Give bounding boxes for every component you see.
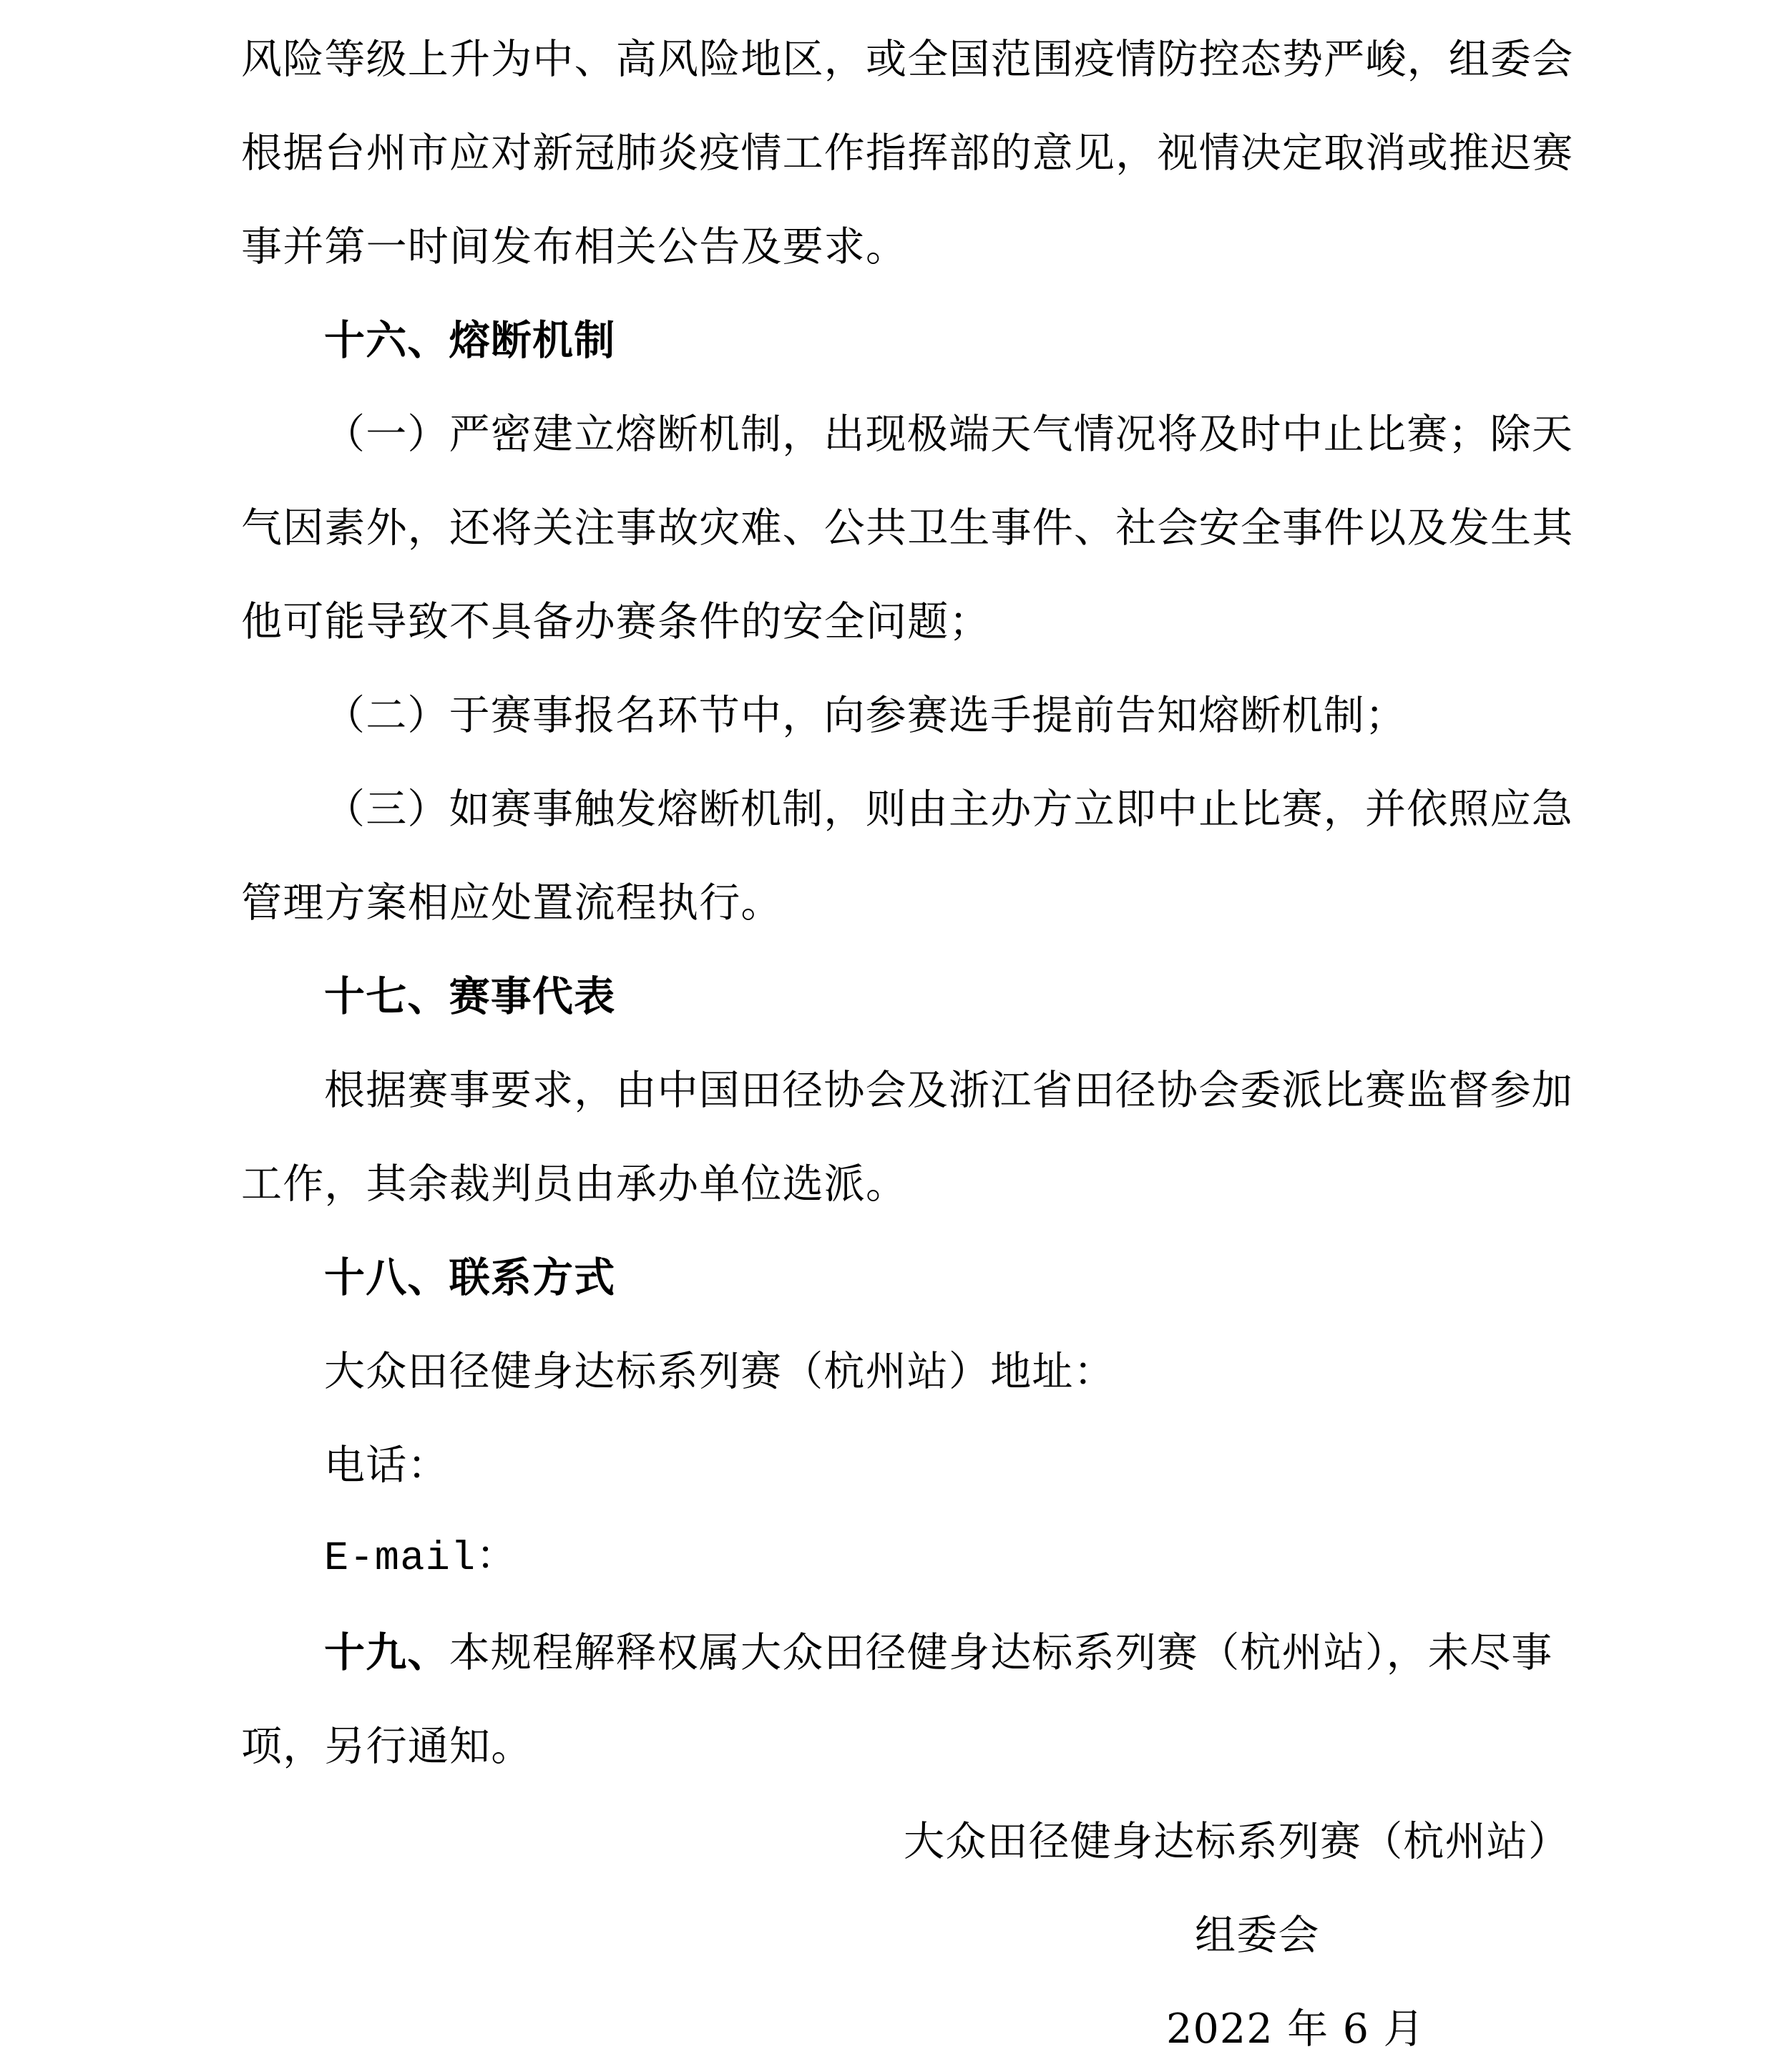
section-17-body-line-1: 根据赛事要求，由中国田径协会及浙江省田径协会委派比赛监督参加 <box>241 1044 1586 1138</box>
section-16-item-2: （二）于赛事报名环节中，向参赛选手提前告知熔断机制； <box>241 669 1586 763</box>
section-16-item-1-line-2: 气因素外，还将关注事故灾难、公共卫生事件、社会安全事件以及发生其 <box>241 482 1586 575</box>
intro-line-3: 事并第一时间发布相关公告及要求。 <box>241 200 1586 294</box>
section-19-heading-prefix: 十九、 <box>324 1629 449 1676</box>
section-16-item-1-line-3: 他可能导致不具备办赛条件的安全问题； <box>241 575 1586 669</box>
signature-committee: 组委会 <box>1195 1889 1320 1983</box>
section-19-line-1-text: 本规程解释权属大众田径健身达标系列赛（杭州站），未尽事 <box>449 1629 1553 1676</box>
section-16-item-3-line-1: （三）如赛事触发熔断机制，则由主办方立即中止比赛，并依照应急 <box>241 763 1586 856</box>
intro-line-2: 根据台州市应对新冠肺炎疫情工作指挥部的意见，视情决定取消或推迟赛 <box>241 107 1586 200</box>
section-18-heading: 十八、联系方式 <box>241 1231 1586 1325</box>
contact-email-label: E-mail： <box>241 1513 1586 1606</box>
signature-date: 2022 年 6 月 <box>1166 1983 1425 2072</box>
section-19-line-2: 项，另行通知。 <box>241 1700 1586 1794</box>
contact-address-label: 大众田径健身达标系列赛（杭州站）地址： <box>241 1325 1586 1419</box>
signature-organization: 大众田径健身达标系列赛（杭州站） <box>904 1795 1570 1889</box>
section-19-line-1: 十九、本规程解释权属大众田径健身达标系列赛（杭州站），未尽事 <box>241 1606 1586 1700</box>
intro-line-1: 风险等级上升为中、高风险地区，或全国范围疫情防控态势严峻，组委会 <box>241 13 1586 107</box>
section-17-heading: 十七、赛事代表 <box>241 950 1586 1044</box>
section-17-body-line-2: 工作，其余裁判员由承办单位选派。 <box>241 1138 1586 1231</box>
section-16-heading: 十六、熔断机制 <box>241 294 1586 388</box>
section-16-item-1-line-1: （一）严密建立熔断机制，出现极端天气情况将及时中止比赛；除天 <box>241 388 1586 482</box>
contact-phone-label: 电话： <box>241 1419 1586 1513</box>
document-page: 风险等级上升为中、高风险地区，或全国范围疫情防控态势严峻，组委会 根据台州市应对… <box>241 13 1586 1794</box>
section-16-item-3-line-2: 管理方案相应处置流程执行。 <box>241 856 1586 950</box>
